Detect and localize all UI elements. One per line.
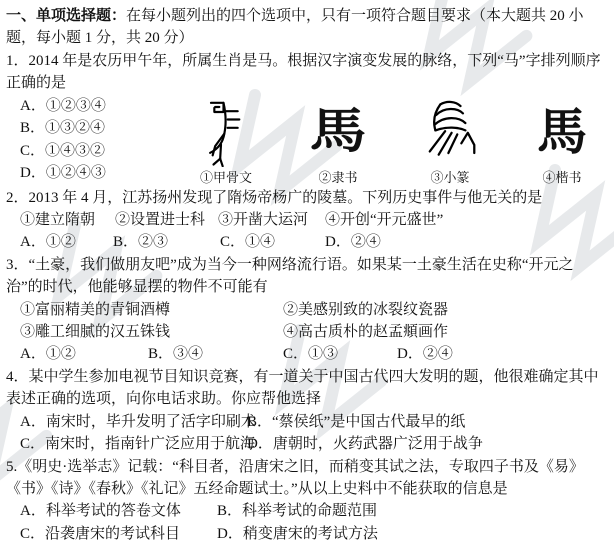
question-2-stem: 2．2013 年 4 月，江苏扬州发现了隋炀帝杨广的陵墓。下列历史事件与他无关的… (6, 187, 608, 209)
question-1-option-c: C．①④③② (20, 140, 170, 163)
horse-script-figures: ①甲骨文 馬 ②隶书 (170, 95, 614, 187)
section-title: 一、单项选择题： (6, 7, 126, 24)
question-2-sub-option-4: ④开创“开元盛世” (325, 209, 443, 231)
question-2-sub-option-1: ①建立隋朝 (20, 209, 115, 231)
figure-caption-oracle-bone: ①甲骨文 (200, 169, 252, 187)
question-4-answers-row-1: A．南宋时，毕升发明了活字印刷术 B．“蔡侯纸”是中国古代最早的纸 (6, 411, 608, 433)
question-3-sub-option-2: ②美感别致的冰裂纹瓷器 (283, 299, 448, 321)
section-header: 一、单项选择题：在每小题列出的四个选项中，只有一项符合题目要求（本大题共 20 … (6, 5, 608, 50)
question-2-answers: A．①② B．②③ C．①④ D．②④ (6, 231, 608, 253)
question-4-answer-d: D．唐朝时，火药武器广泛用于战争 (247, 433, 483, 455)
question-4-answer-c: C．南宋时，指南针广泛应用于航海 (20, 433, 247, 455)
question-1-option-a: A．①②③④ (20, 95, 170, 118)
question-4-answers-row-2: C．南宋时，指南针广泛应用于航海 D．唐朝时，火药武器广泛用于战争 (6, 433, 608, 455)
question-4-answer-b: B．“蔡侯纸”是中国古代最早的纸 (247, 411, 465, 433)
question-3-sub-option-1: ①富丽精美的青铜酒樽 (20, 299, 283, 321)
question-3-stem: 3．“土豪，我们做朋友吧”成为当今一种网络流行语。如果某一土豪生活在史称“开元之… (6, 254, 608, 299)
figure-small-seal-script: ③小篆 (394, 95, 506, 187)
question-3-answers: A．①② B．③④ C．①③ D．②④ (6, 343, 608, 365)
document-content: 一、单项选择题：在每小题列出的四个选项中，只有一项符合题目要求（本大题共 20 … (0, 0, 614, 545)
question-5-answer-d: D．稍变唐宋的考试方法 (217, 523, 378, 545)
question-3-sub-options-row-2: ③雕工细腻的汉五铢钱 ④高古质朴的赵孟頫画作 (6, 321, 608, 343)
question-3-sub-options-row-1: ①富丽精美的青铜酒樽 ②美感别致的冰裂纹瓷器 (6, 299, 608, 321)
figure-caption-regular: ④楷书 (542, 169, 581, 187)
figure-oracle-bone-script: ①甲骨文 (170, 95, 282, 187)
question-3-answer-d: D．②④ (397, 343, 453, 365)
seal-script-horse-icon (420, 95, 480, 169)
question-5-answer-b: B．科举考试的命题范围 (217, 500, 377, 522)
figure-regular-script: 馬 ④楷书 (506, 95, 614, 187)
question-2-answer-d: D．②④ (325, 231, 381, 253)
question-1-option-b: B．①③②④ (20, 117, 170, 140)
question-5-stem: 5.《明史·选举志》记载：“科目者，沿唐宋之旧，而稍变其试之法，专取四子书及《易… (6, 456, 608, 501)
question-1-option-d: D．①②④③ (20, 162, 170, 185)
question-1-body: A．①②③④ B．①③②④ C．①④③② D．①②④③ (6, 95, 608, 187)
question-2-answer-b: B．②③ (113, 231, 220, 253)
question-5-answer-a: A．科举考试的答卷文体 (20, 500, 217, 522)
question-2-sub-options: ①建立隋朝 ②设置进士科 ③开凿大运河 ④开创“开元盛世” (6, 209, 608, 231)
oracle-bone-horse-icon (197, 95, 255, 169)
question-3-answer-b: B．③④ (148, 343, 283, 365)
regular-script-horse-glyph: 馬 (537, 107, 587, 157)
question-3-answer-c: C．①③ (283, 343, 397, 365)
question-2-answer-a: A．①② (20, 231, 113, 253)
figure-caption-clerical: ②隶书 (318, 169, 357, 187)
question-2-sub-option-2: ②设置进士科 (115, 209, 218, 231)
question-2-answer-c: C．①④ (220, 231, 325, 253)
question-2-sub-option-3: ③开凿大运河 (218, 209, 325, 231)
question-4-stem: 4．某中学生参加电视节目知识竞赛，有一道关于中国古代四大发明的题，他很难确定其中… (6, 366, 608, 411)
question-1-stem: 1．2014 年是农历甲午年，所属生肖是马。根据汉字演变发展的脉络，下列“马”字… (6, 50, 608, 95)
clerical-script-horse-glyph: 馬 (310, 108, 367, 156)
question-3-answer-a: A．①② (20, 343, 148, 365)
question-1-options: A．①②③④ B．①③②④ C．①④③② D．①②④③ (6, 95, 170, 185)
question-4-answer-a: A．南宋时，毕升发明了活字印刷术 (20, 411, 247, 433)
figure-caption-seal: ③小篆 (430, 169, 469, 187)
question-5-answers-row-2: C．沿袭唐宋的考试科目 D．稍变唐宋的考试方法 (6, 523, 608, 545)
question-3-sub-option-4: ④高古质朴的赵孟頫画作 (283, 321, 448, 343)
figure-clerical-script: 馬 ②隶书 (282, 95, 394, 187)
question-5-answers-row-1: A．科举考试的答卷文体 B．科举考试的命题范围 (6, 500, 608, 522)
question-3-sub-option-3: ③雕工细腻的汉五铢钱 (20, 321, 283, 343)
exam-paper-page: 一、单项选择题：在每小题列出的四个选项中，只有一项符合题目要求（本大题共 20 … (0, 0, 614, 553)
question-5-answer-c: C．沿袭唐宋的考试科目 (20, 523, 217, 545)
